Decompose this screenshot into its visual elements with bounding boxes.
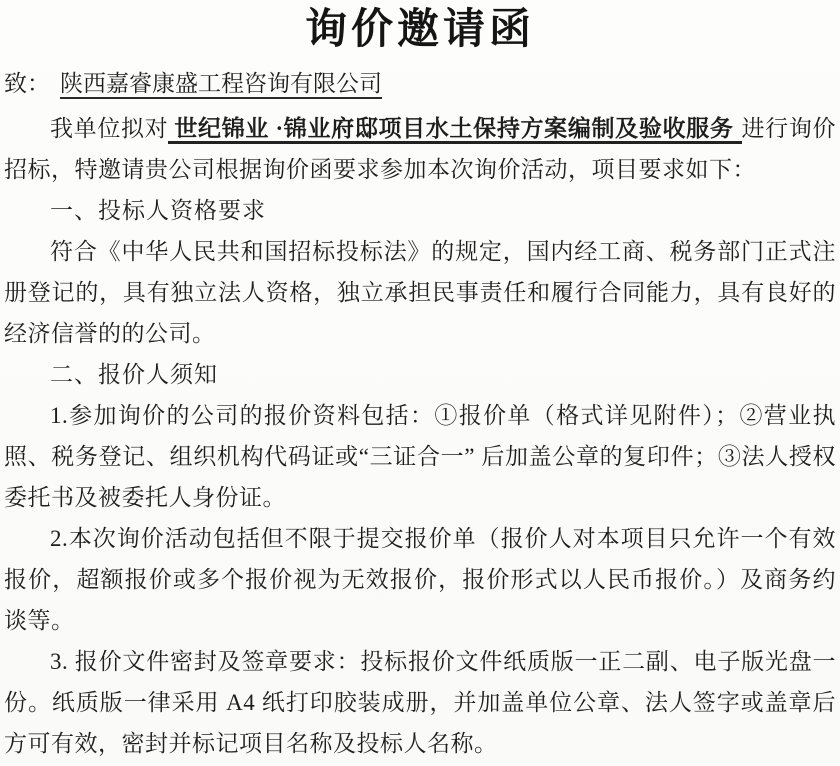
intro-paragraph: 我单位拟对世纪锦业 ·锦业府邸项目水土保持方案编制及验收服务进行询价招标，特邀请… bbox=[4, 108, 836, 190]
section2-heading: 二、报价人须知 bbox=[4, 354, 836, 395]
notice-item-2: 2.本次询价活动包括但不限于提交报价单（报价人对本项目只允许一个有效报价，超额报… bbox=[4, 518, 836, 641]
document-page: 询价邀请函 致：陕西嘉睿康盛工程咨询有限公司 我单位拟对世纪锦业 ·锦业府邸项目… bbox=[0, 0, 840, 766]
recipient-name: 陕西嘉睿康盛工程咨询有限公司 bbox=[60, 71, 382, 99]
notice-item-1: 1.参加询价的公司的报价资料包括：①报价单（格式详见附件）；②营业执照、税务登记… bbox=[4, 395, 836, 518]
notice-item-3: 3. 报价文件密封及签章要求：投标报价文件纸质版一正二副、电子版光盘一份。纸质版… bbox=[4, 641, 836, 764]
section1-heading: 一、投标人资格要求 bbox=[4, 190, 836, 231]
intro-text-before: 我单位拟对 bbox=[50, 116, 168, 141]
document-title: 询价邀请函 bbox=[4, 2, 836, 58]
salutation-line: 致：陕西嘉睿康盛工程咨询有限公司 bbox=[4, 64, 836, 104]
salutation-prefix: 致： bbox=[4, 71, 50, 96]
project-name-underlined: 世纪锦业 ·锦业府邸项目水土保持方案编制及验收服务 bbox=[168, 116, 741, 144]
section1-body: 符合《中华人民共和国招标投标法》的规定，国内经工商、税务部门正式注册登记的，具有… bbox=[4, 231, 836, 354]
